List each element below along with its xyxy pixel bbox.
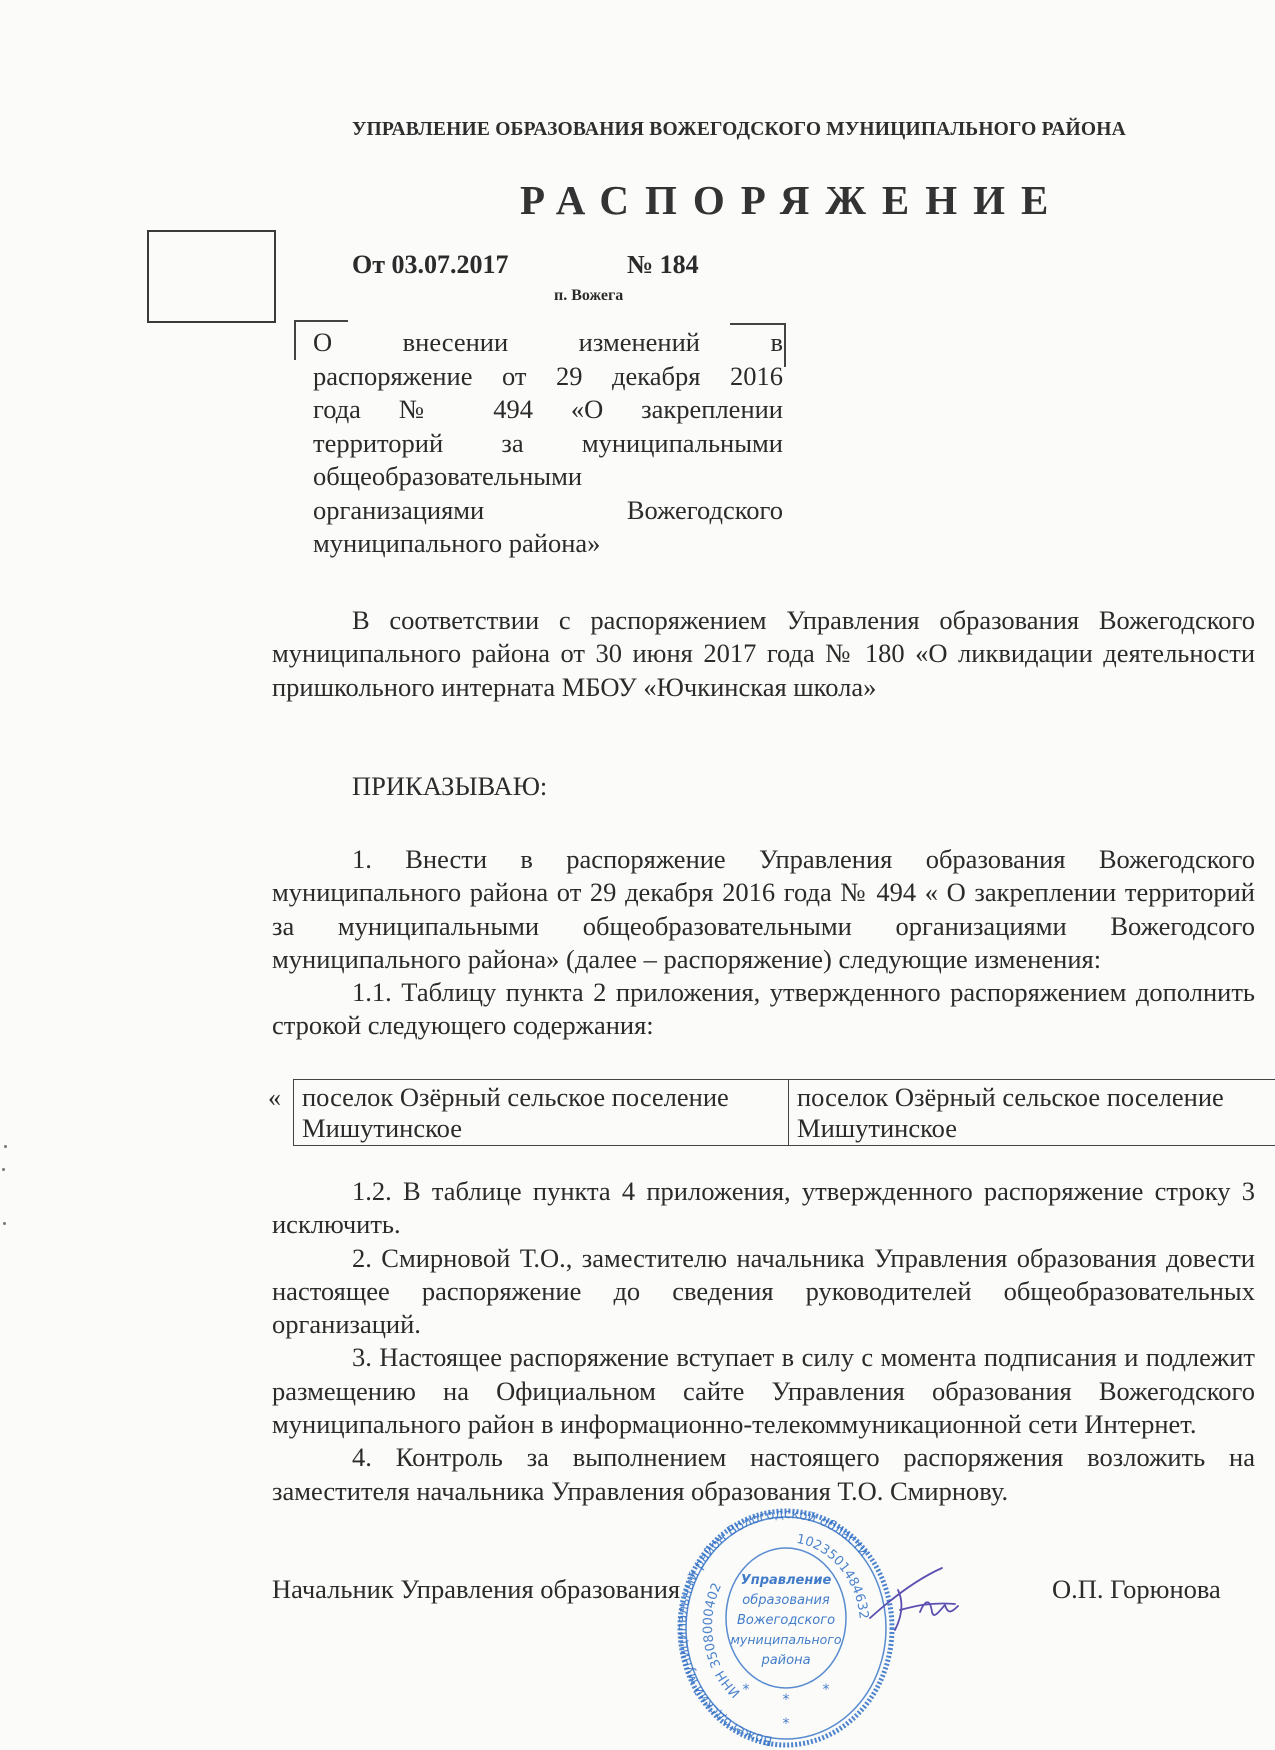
subject-line: распоряжение от 29 декабря 2016 [313,360,783,394]
registration-box [147,230,276,323]
scan-speck [2,1168,5,1171]
table-open-quote: « [268,1083,281,1113]
signatory-position: Начальник Управления образования [272,1574,680,1605]
handwritten-signature-icon [860,1560,970,1640]
svg-text:*: * [783,1716,790,1732]
item-2: 2. Смирновой Т.О., заместителю начальник… [272,1242,1255,1342]
items-block-1: 1. Внести в распоряжение Управления обра… [272,843,1255,1043]
svg-text:района: района [760,1653,810,1668]
item-1: 1. Внести в распоряжение Управления обра… [272,843,1255,976]
svg-text:Вожегодского: Вожегодского [737,1613,835,1628]
scan-speck [3,1222,6,1225]
document-type-title: РАСПОРЯЖЕНИЕ [520,176,1064,224]
subject-line: муниципального района» [313,527,783,561]
svg-text:*: * [823,1682,830,1698]
preamble-block: В соответствии с распоряжением Управлени… [272,604,1255,704]
item-1-1: 1.1. Таблицу пункта 2 приложения, утверж… [272,976,1255,1043]
svg-text:*: * [743,1682,750,1698]
item-3: 3. Настоящее распоряжение вступает в сил… [272,1341,1255,1441]
subject-line: территорий за муниципальными [313,427,783,461]
document-date: От 03.07.2017 [352,250,509,280]
subject-line: года № 494 «О закреплении [313,393,783,427]
item-1-2: 1.2. В таблице пункта 4 приложения, утве… [272,1175,1255,1242]
document-number: № 184 [627,250,699,280]
table-cell: поселок Озёрный сельское поселение Мишут… [294,1080,789,1146]
preamble-paragraph: В соответствии с распоряжением Управлени… [272,604,1255,704]
subject-line: общеобразовательными [313,460,783,494]
subject-line: О внесении изменений в [313,326,783,360]
order-word: ПРИКАЗЫВАЮ: [272,770,1255,803]
subject-line: организациями Вожегодского [313,494,783,528]
added-row-table: поселок Озёрный сельское поселение Мишут… [293,1079,1275,1146]
scan-speck [4,1145,7,1148]
document-place: п. Вожега [554,287,623,305]
svg-text:Управление: Управление [741,1573,832,1588]
table-row: поселок Озёрный сельское поселение Мишут… [294,1080,1275,1146]
svg-text:образования: образования [742,1593,830,1608]
items-block-2: 1.2. В таблице пункта 4 приложения, утве… [272,1175,1255,1508]
table-cell: поселок Озёрный сельское поселение Мишут… [789,1080,1275,1146]
svg-text:муниципального: муниципального [731,1632,842,1647]
signatory-name: О.П. Горюнова [1052,1574,1221,1605]
item-4: 4. Контроль за выполнением настоящего ра… [272,1441,1255,1508]
svg-text:*: * [783,1692,790,1708]
document-subject: О внесении изменений в распоряжение от 2… [313,326,783,561]
org-header: УПРАВЛЕНИЕ ОБРАЗОВАНИЯ ВОЖЕГОДСКОГО МУНИ… [352,119,1192,141]
order-word-block: ПРИКАЗЫВАЮ: [272,770,1255,803]
